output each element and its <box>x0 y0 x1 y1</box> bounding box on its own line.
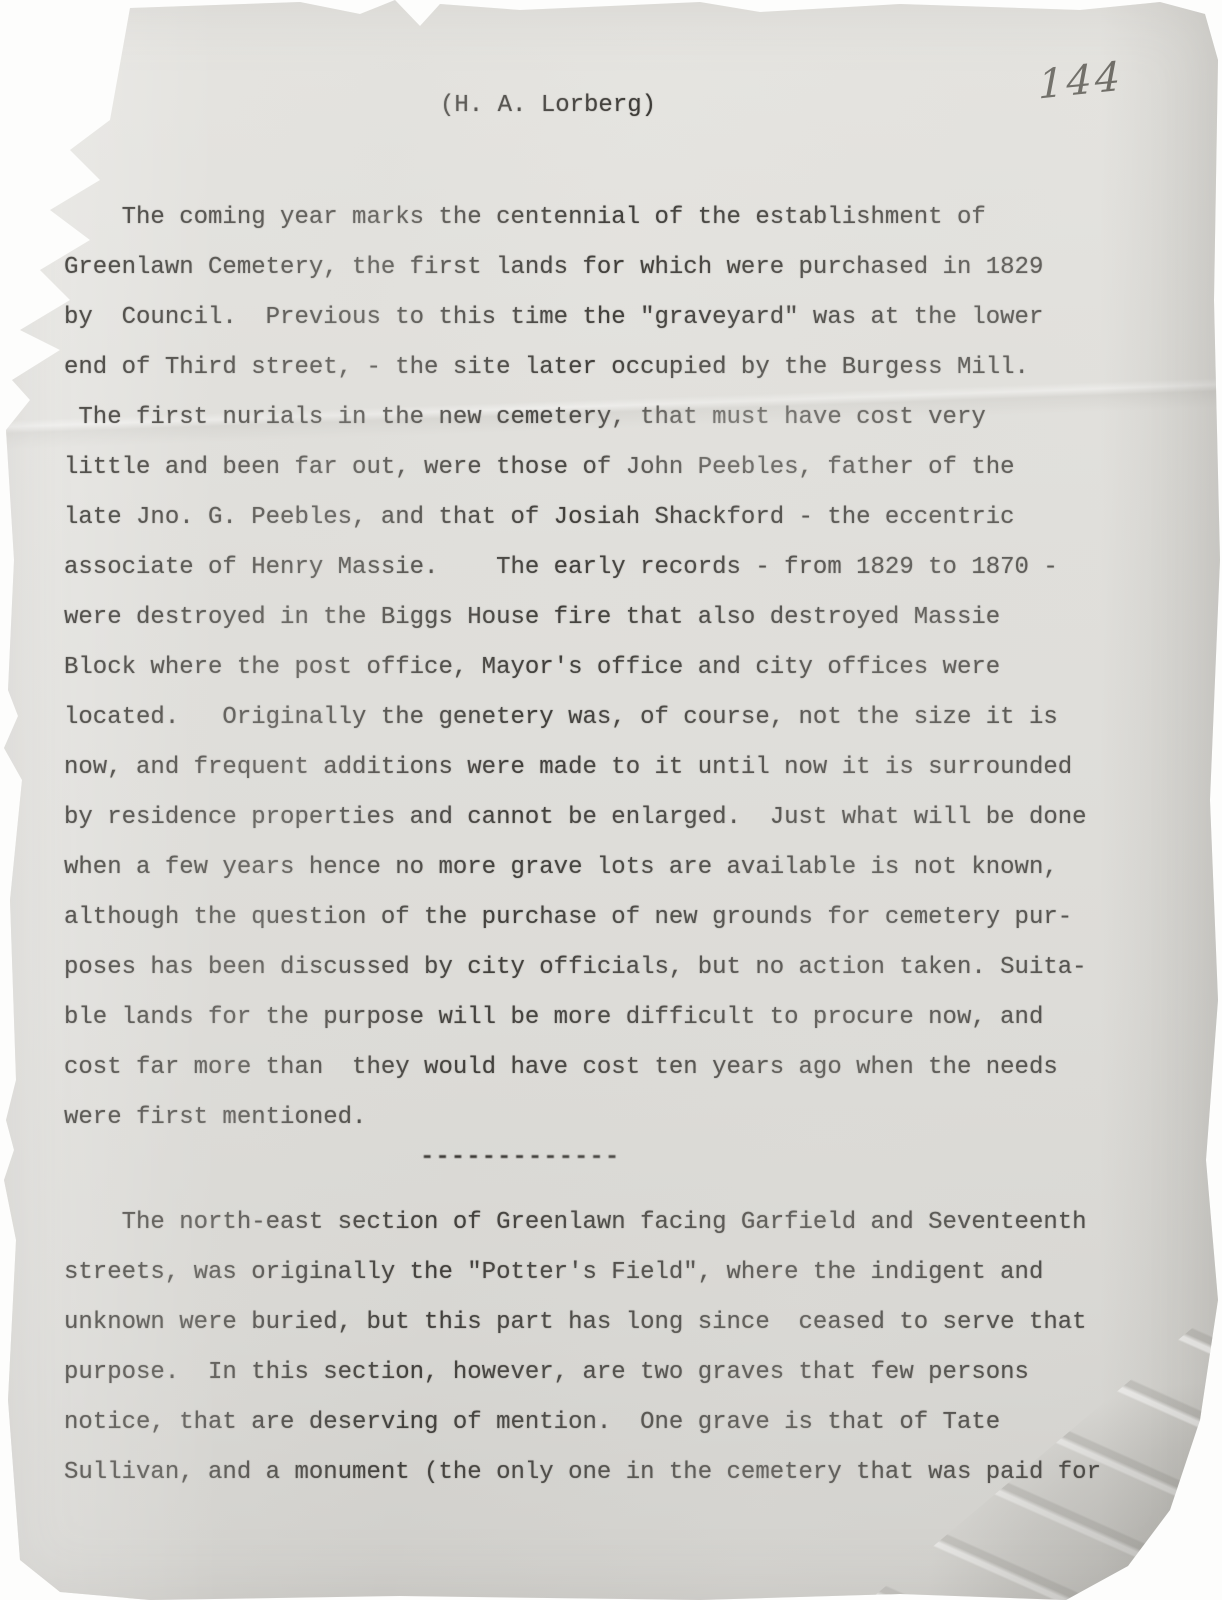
paragraph-1: The coming year marks the centennial of … <box>64 193 1144 1143</box>
text-line: ble lands for the purpose will be more d… <box>64 993 1144 1043</box>
text-line: were destroyed in the Biggs House fire t… <box>64 593 1144 643</box>
text-line: Sullivan, and a monument (the only one i… <box>64 1448 1144 1498</box>
text-line: by residence properties and cannot be en… <box>64 793 1144 843</box>
text-line: unknown were buried, but this part has l… <box>64 1298 1144 1348</box>
text-line: purpose. In this section, however, are t… <box>64 1348 1144 1398</box>
text-line: end of Third street, - the site later oc… <box>64 343 1144 393</box>
text-line: associate of Henry Massie. The early rec… <box>64 543 1144 593</box>
paper-sheet: 144 (H. A. Lorberg) The coming year mark… <box>0 0 1222 1600</box>
text-line: late Jno. G. Peebles, and that of Josiah… <box>64 493 1144 543</box>
paragraph-2: The north-east section of Greenlawn faci… <box>64 1198 1144 1498</box>
handwritten-page-number: 144 <box>1038 53 1123 108</box>
text-line: now, and frequent additions were made to… <box>64 743 1144 793</box>
text-line: cost far more than they would have cost … <box>64 1043 1144 1093</box>
text-line: Greenlawn Cemetery, the first lands for … <box>64 243 1144 293</box>
text-line: Block where the post office, Mayor's off… <box>64 643 1144 693</box>
text-line: The coming year marks the centennial of … <box>64 193 1144 243</box>
text-line: when a few years hence no more grave lot… <box>64 843 1144 893</box>
text-line: by Council. Previous to this time the "g… <box>64 293 1144 343</box>
text-line: The north-east section of Greenlawn faci… <box>64 1198 1144 1248</box>
text-line: poses has been discussed by city officia… <box>64 943 1144 993</box>
text-line: streets, was originally the "Potter's Fi… <box>64 1248 1144 1298</box>
section-separator: ------------- <box>420 1133 620 1183</box>
text-line: notice, that are deserving of mention. O… <box>64 1398 1144 1448</box>
text-line: located. Originally the genetery was, of… <box>64 693 1144 743</box>
scanned-document: 144 (H. A. Lorberg) The coming year mark… <box>0 0 1222 1600</box>
text-line: little and been far out, were those of J… <box>64 443 1144 493</box>
text-line: although the question of the purchase of… <box>64 893 1144 943</box>
byline-title: (H. A. Lorberg) <box>440 92 656 119</box>
text-line: The first nurials in the new cemetery, t… <box>64 393 1144 443</box>
